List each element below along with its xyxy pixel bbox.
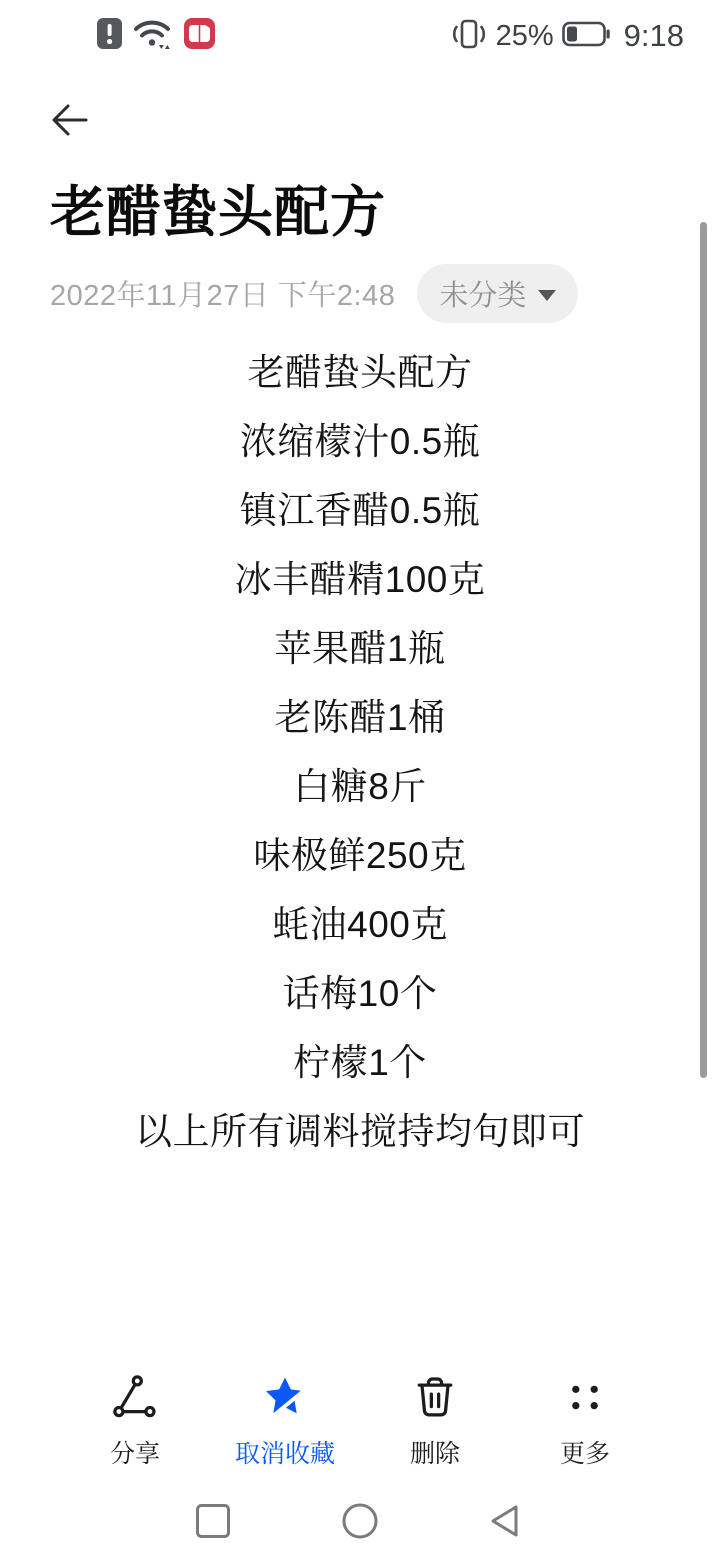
battery-percent: 25% <box>496 20 554 53</box>
note-line: 苹果醋1瓶 <box>0 614 720 683</box>
note-body[interactable]: 老醋蛰头配方 浓缩檬汁0.5瓶 镇江香醋0.5瓶 冰丰醋精100克 苹果醋1瓶 … <box>0 338 720 1166</box>
note-line: 镇江香醋0.5瓶 <box>0 476 720 545</box>
battery-icon <box>562 21 610 52</box>
red-app-notification-icon <box>183 17 216 55</box>
status-bar-right: 25% 9:18 <box>450 18 684 55</box>
bottom-toolbar: 分享 取消收藏 删除 <box>60 1374 660 1474</box>
note-line: 话梅10个 <box>0 959 720 1028</box>
back-button[interactable] <box>46 96 94 144</box>
note-line: 冰丰醋精100克 <box>0 545 720 614</box>
more-dots-icon <box>562 1374 608 1425</box>
note-line: 白糖8斤 <box>0 752 720 821</box>
category-label: 未分类 <box>439 273 526 314</box>
unfavorite-button[interactable]: 取消收藏 <box>210 1374 360 1474</box>
note-line: 蚝油400克 <box>0 890 720 959</box>
category-selector[interactable]: 未分类 <box>417 264 578 323</box>
trash-icon <box>412 1374 458 1425</box>
clock-time: 9:18 <box>624 18 684 54</box>
delete-button[interactable]: 删除 <box>360 1374 510 1474</box>
scrollbar-thumb[interactable] <box>700 222 707 1078</box>
star-slash-icon <box>262 1374 308 1425</box>
more-label: 更多 <box>560 1434 610 1470</box>
delete-label: 删除 <box>410 1434 460 1470</box>
more-button[interactable]: 更多 <box>510 1374 660 1474</box>
share-label: 分享 <box>110 1434 160 1470</box>
note-line: 味极鲜250克 <box>0 821 720 890</box>
page-title: 老醋蛰头配方 <box>50 168 670 247</box>
system-nav-bar <box>140 1486 580 1560</box>
recents-square-icon <box>193 1501 233 1546</box>
nav-home-button[interactable] <box>287 1486 434 1560</box>
sim-alert-icon <box>96 17 123 55</box>
share-button[interactable]: 分享 <box>60 1374 210 1474</box>
wifi-icon <box>133 17 173 56</box>
note-line: 浓缩檬汁0.5瓶 <box>0 407 720 476</box>
status-bar: 25% 9:18 <box>0 0 720 66</box>
notes-app-screen: 25% 9:18 老醋蛰头配方 2022年11月27日 下午2:48 未分类 老… <box>0 0 720 1560</box>
vibrate-icon <box>450 18 488 55</box>
status-bar-left <box>96 17 216 56</box>
note-meta-row: 2022年11月27日 下午2:48 未分类 <box>50 264 680 323</box>
note-line: 老醋蛰头配方 <box>0 338 720 407</box>
note-line: 以上所有调料搅持均句即可 <box>0 1097 720 1166</box>
share-icon <box>112 1374 158 1425</box>
note-line: 老陈醋1桶 <box>0 683 720 752</box>
nav-back-button[interactable] <box>433 1486 580 1560</box>
unfavorite-label: 取消收藏 <box>235 1434 335 1470</box>
nav-recents-button[interactable] <box>140 1486 287 1560</box>
back-triangle-icon <box>487 1501 527 1546</box>
note-date: 2022年11月27日 下午2:48 <box>50 273 395 314</box>
note-line: 柠檬1个 <box>0 1028 720 1097</box>
chevron-down-icon <box>538 290 556 301</box>
home-circle-icon <box>340 1501 380 1546</box>
